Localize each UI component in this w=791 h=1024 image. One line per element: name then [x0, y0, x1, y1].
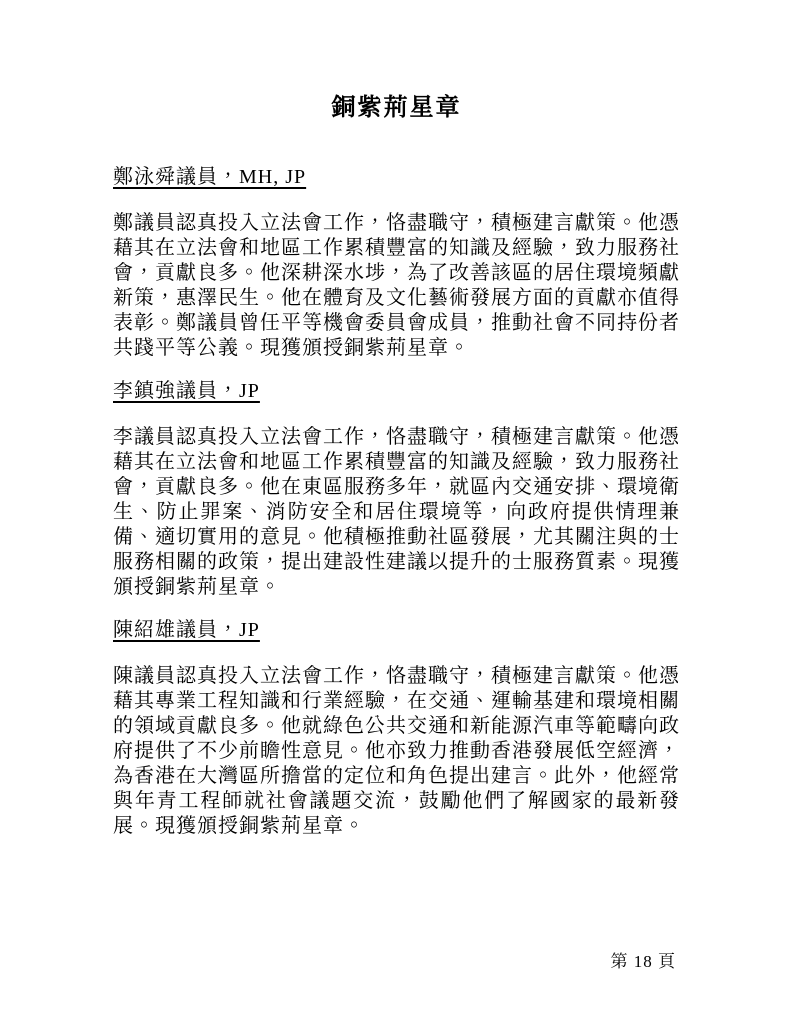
- award-entry: 李鎮強議員，JP 李議員認真投入立法會工作，恪盡職守，積極建言獻策。他憑藉其在立…: [113, 379, 680, 600]
- citation-paragraph: 鄭議員認真投入立法會工作，恪盡職守，積極建言獻策。他憑藉其在立法會和地區工作累積…: [113, 211, 680, 361]
- awardee-name-heading: 鄭泳舜議員，MH, JP: [113, 165, 680, 190]
- award-entry: 陳紹雄議員，JP 陳議員認真投入立法會工作，恪盡職守，積極建言獻策。他憑藉其專業…: [113, 618, 680, 839]
- document-title: 銅紫荊星章: [113, 93, 680, 123]
- document-page: 銅紫荊星章 鄭泳舜議員，MH, JP 鄭議員認真投入立法會工作，恪盡職守，積極建…: [0, 0, 791, 1024]
- citation-paragraph: 陳議員認真投入立法會工作，恪盡職守，積極建言獻策。他憑藉其專業工程知識和行業經驗…: [113, 664, 680, 839]
- awardee-name-heading: 陳紹雄議員，JP: [113, 618, 680, 643]
- page-number: 第 18 頁: [611, 951, 677, 973]
- citation-paragraph: 李議員認真投入立法會工作，恪盡職守，積極建言獻策。他憑藉其在立法會和地區工作累積…: [113, 425, 680, 600]
- award-entry: 鄭泳舜議員，MH, JP 鄭議員認真投入立法會工作，恪盡職守，積極建言獻策。他憑…: [113, 165, 680, 361]
- awardee-name-heading: 李鎮強議員，JP: [113, 379, 680, 404]
